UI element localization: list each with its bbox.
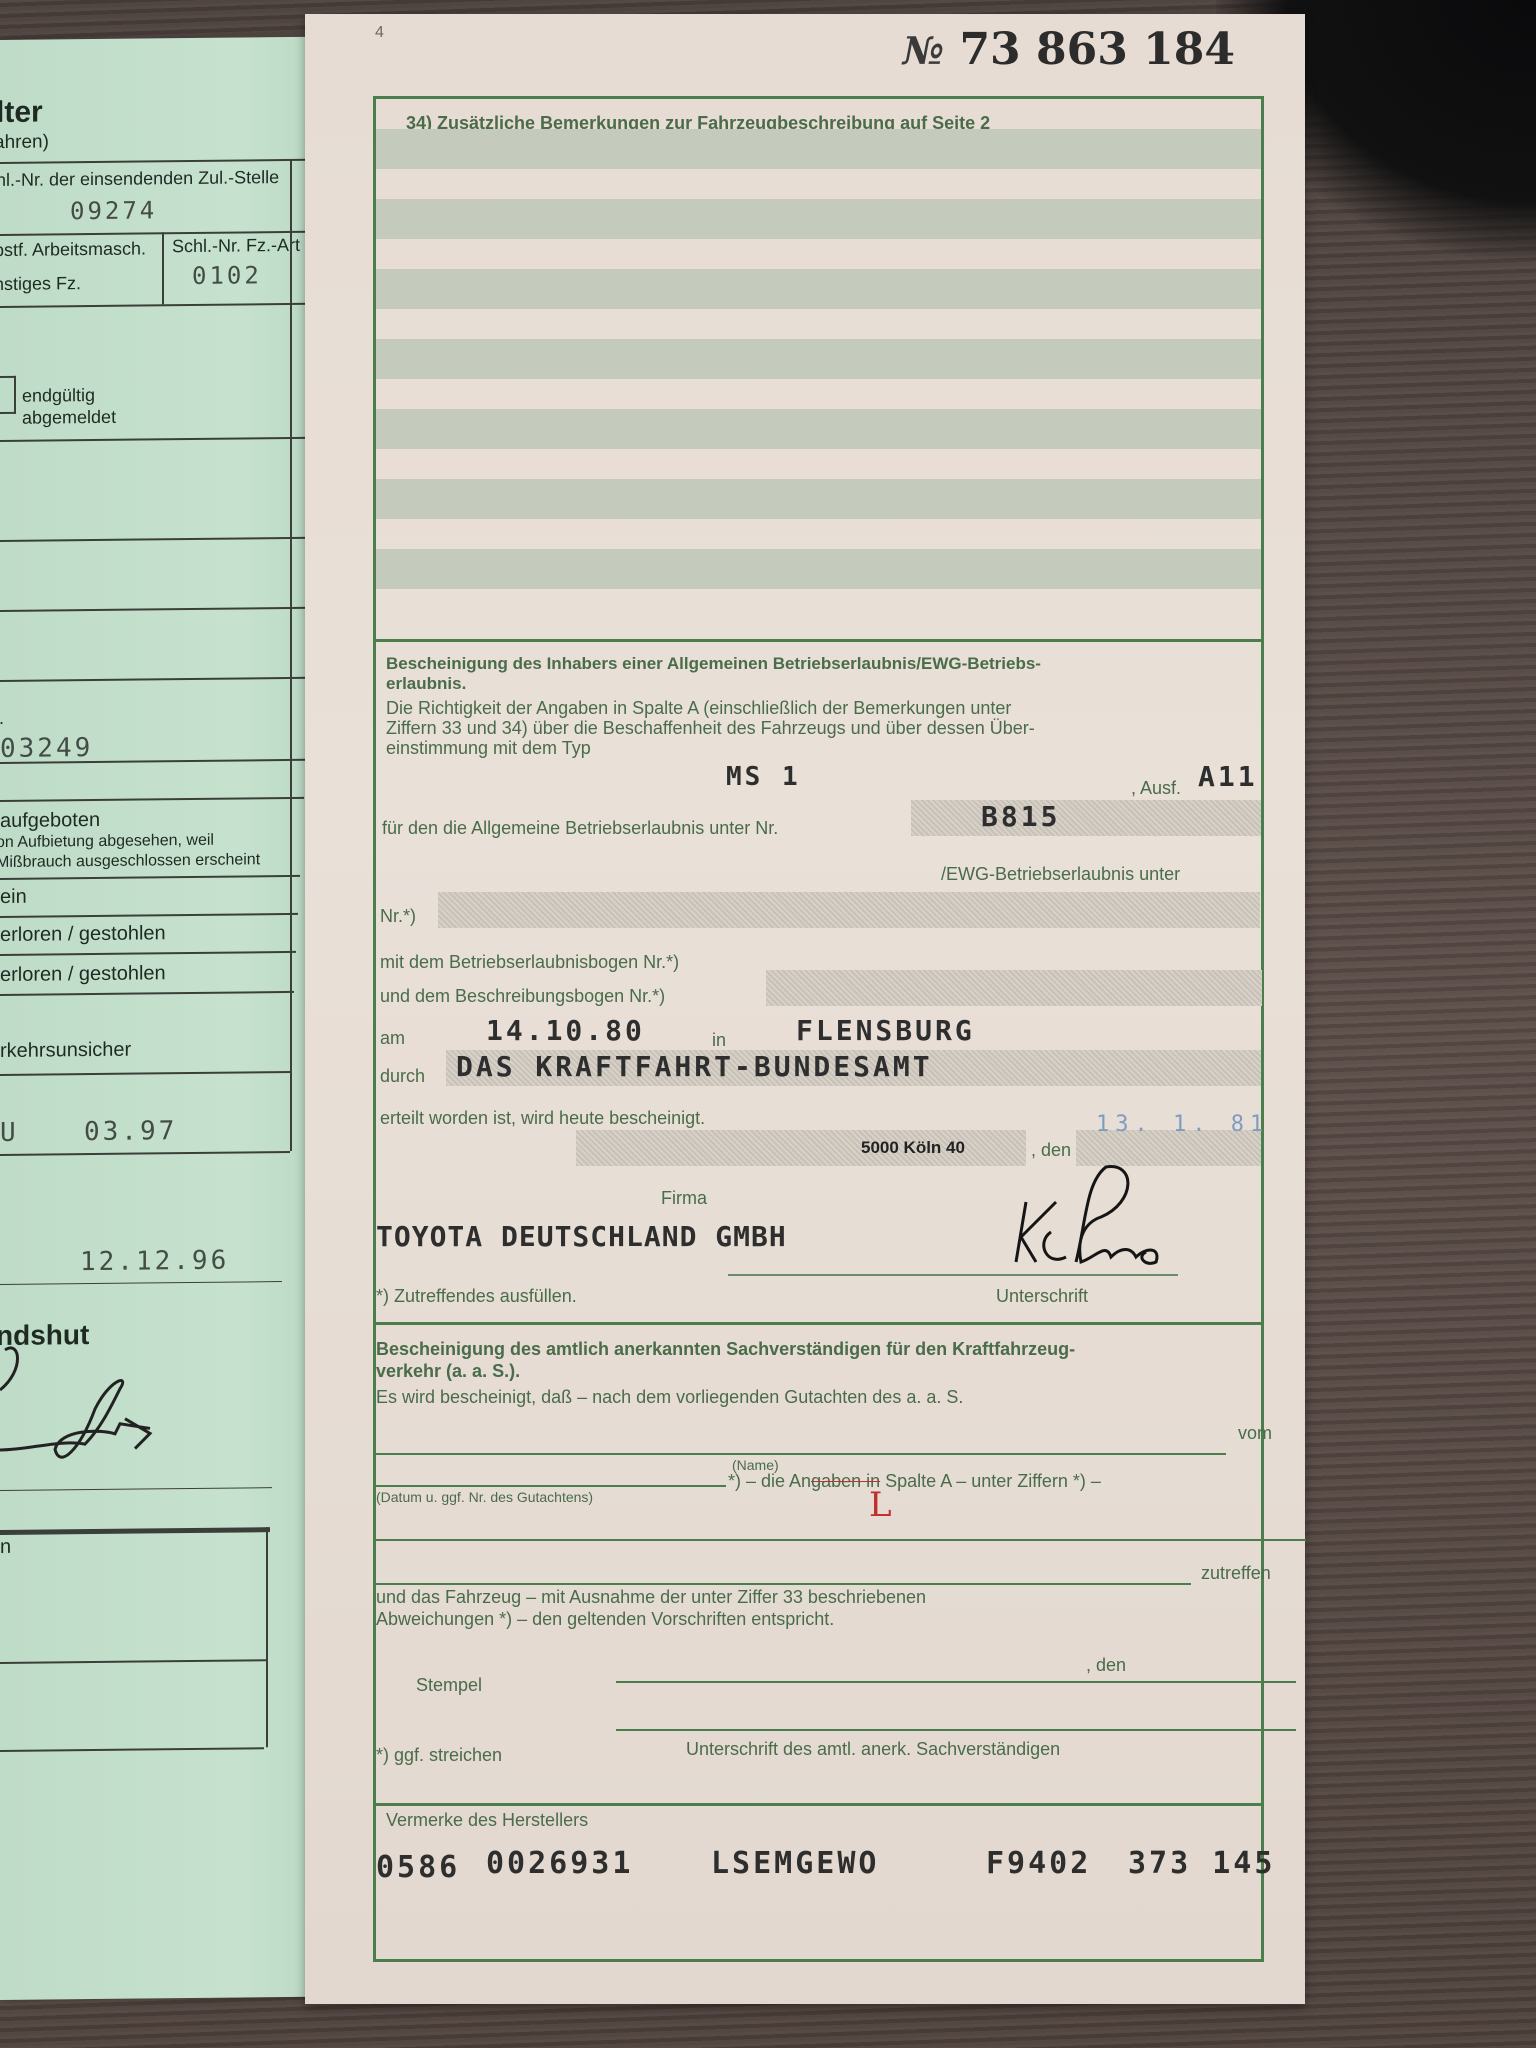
variant-value: A11	[1198, 760, 1258, 793]
vom-label: vom	[1238, 1423, 1272, 1444]
form-frame: 34) Zusätzliche Bemerkungen zur Fahrzeug…	[373, 96, 1264, 1962]
divider	[0, 1747, 264, 1752]
stempel-label: Stempel	[416, 1675, 482, 1696]
firma-label: Firma	[661, 1188, 707, 1209]
registration-office-code: 09274	[70, 196, 157, 225]
divider	[0, 1071, 292, 1076]
divider	[0, 677, 310, 682]
divider	[0, 437, 316, 442]
expert-title: Bescheinigung des amtlich anerkannten Sa…	[376, 1339, 1075, 1360]
divider	[0, 607, 312, 612]
manufacturer-notes: Vermerke des Herstellers 0586 0026931 LS…	[376, 1806, 1261, 1956]
vehicle-type-code-label: Schl.-Nr. Fz.-Art	[172, 235, 300, 257]
page-number: 4	[375, 24, 384, 42]
other-vehicle-label: nstiges Fz.	[0, 273, 81, 295]
remark-line[interactable]	[376, 199, 1261, 239]
abe-number-field[interactable]	[911, 800, 1261, 836]
expert-signature-line[interactable]	[616, 1729, 1296, 1731]
am-label: am	[380, 1028, 405, 1049]
divider	[0, 951, 296, 956]
divider	[0, 1527, 270, 1535]
remark-line[interactable]	[376, 479, 1261, 519]
abe-label: für den die Allgemeine Betriebserlaubnis…	[382, 818, 778, 839]
left-page-title: lter	[0, 96, 43, 130]
ewg-number-field[interactable]	[438, 892, 1260, 928]
approval-place: FLENSBURG	[796, 1014, 975, 1047]
abe-title-cont: erlaubnis.	[386, 674, 466, 694]
divider	[0, 991, 294, 996]
digits-line[interactable]	[376, 1583, 1191, 1585]
vehicle-type-code: 0102	[192, 261, 262, 290]
remark-line[interactable]	[376, 409, 1261, 449]
table-border	[266, 1527, 268, 1747]
inspection-prefix: U	[0, 1118, 19, 1148]
left-page-fragment: n	[0, 1536, 11, 1559]
called-up-note: Mißbrauch ausgeschlossen erscheint	[0, 851, 260, 872]
expert-body: Es wird bescheinigt, daß – nach dem vorl…	[376, 1387, 963, 1408]
name-line[interactable]	[376, 1453, 1226, 1455]
abe-number: B815	[981, 800, 1060, 833]
divider	[0, 1151, 290, 1156]
ausf-label: , Ausf.	[1131, 778, 1181, 799]
ewg-label: /EWG-Betriebserlaubnis unter	[941, 864, 1180, 885]
approval-date: 14.10.80	[486, 1014, 645, 1047]
divider	[0, 913, 298, 918]
divider	[0, 1281, 282, 1285]
expert-footnote: *) ggf. streichen	[376, 1745, 502, 1766]
manufacturer-code: 373 145	[1128, 1846, 1275, 1881]
deregistered-label: abgemeldet	[22, 407, 116, 429]
document-number-value: 73 863 184	[959, 24, 1235, 75]
report-date-line[interactable]	[376, 1485, 726, 1487]
nr-label: Nr.*)	[380, 906, 416, 927]
divider	[0, 1659, 266, 1664]
number-value: 03249	[0, 733, 93, 764]
spalte-text: *) – die Angaben in Spalte A – unter Zif…	[728, 1471, 1101, 1492]
expert-signature-label: Unterschrift des amtl. anerk. Sachverstä…	[686, 1739, 1060, 1760]
table-border	[290, 159, 292, 1151]
work-machine-label: bstf. Arbeitsmasch.	[0, 238, 146, 261]
divider	[162, 232, 164, 304]
signature-line	[728, 1274, 1178, 1276]
registration-office-label: hl.-Nr. der einsendenden Zul.-Stelle	[0, 167, 279, 191]
den-label: , den	[1031, 1140, 1071, 1161]
deregistered-label: endgültig	[22, 385, 95, 407]
type-approval-certificate: Bescheinigung des Inhabers einer Allgeme…	[376, 642, 1261, 1325]
left-page-subtitle: ahren)	[0, 131, 49, 154]
divider	[0, 875, 300, 880]
issuing-authority: DAS KRAFTFAHRT-BUNDESAMT	[456, 1050, 933, 1083]
manufacturer-code: 0026931	[486, 1846, 633, 1881]
date-place-line[interactable]	[616, 1681, 1296, 1683]
city-value: 5000 Köln 40	[861, 1138, 965, 1158]
document-number: № 73 863 184	[903, 24, 1235, 75]
issue-date: 12.12.96	[80, 1246, 229, 1278]
called-up-label: aufgeboten	[0, 809, 100, 833]
lost-stolen-label: erloren / gestohlen	[0, 962, 166, 987]
expert-certificate: Bescheinigung des amtlich anerkannten Sa…	[376, 1325, 1261, 1806]
bogen-label: mit dem Betriebserlaubnisbogen Nr.*)	[380, 952, 679, 973]
inspection-date: 03.97	[84, 1116, 177, 1147]
abe-title: Bescheinigung des Inhabers einer Allgeme…	[386, 654, 1041, 674]
signature-label: Unterschrift	[996, 1286, 1088, 1307]
remark-line[interactable]	[376, 129, 1261, 169]
left-green-page: lter ahren) hl.-Nr. der einsendenden Zul…	[0, 36, 345, 2000]
number-label: r.	[0, 708, 4, 729]
manufacturer-notes-title: Vermerke des Herstellers	[386, 1810, 588, 1831]
description-sheet-field[interactable]	[766, 970, 1262, 1006]
deregistered-checkbox[interactable]	[0, 376, 16, 414]
expert-title: verkehr (a. a. S.).	[376, 1361, 520, 1382]
digits-line[interactable]	[376, 1539, 1306, 1541]
abe-body: Die Richtigkeit der Angaben in Spalte A …	[386, 698, 1011, 719]
correction-mark-icon: L	[869, 1485, 892, 1525]
remark-line[interactable]	[376, 269, 1261, 309]
signature-icon	[0, 1338, 170, 1470]
divider	[0, 159, 330, 164]
ein-label: ein	[0, 886, 27, 909]
expert-body: und das Fahrzeug – mit Ausnahme der unte…	[376, 1587, 926, 1608]
remark-line[interactable]	[376, 549, 1261, 589]
manufacturer-code: LSEMGEWO	[711, 1846, 880, 1881]
issued-label: erteilt worden ist, wird heute bescheini…	[380, 1108, 705, 1129]
abe-body: einstimmung mit dem Typ	[386, 738, 591, 759]
signature-icon	[1006, 1162, 1186, 1272]
unsafe-label: rkehrsunsicher	[0, 1039, 131, 1063]
company-name: TOYOTA DEUTSCHLAND GMBH	[376, 1220, 787, 1253]
den-label: , den	[1086, 1655, 1126, 1676]
manufacturer-code: F9402	[986, 1846, 1091, 1881]
vehicle-type: MS 1	[726, 762, 801, 792]
remark-line[interactable]	[376, 339, 1261, 379]
zutreffen-label: zutreffen	[1201, 1563, 1271, 1584]
abe-body: Ziffern 33 und 34) über die Beschaffenhe…	[386, 718, 1035, 739]
abe-footnote: *) Zutreffendes ausfüllen.	[376, 1286, 577, 1307]
beschreibung-label: und dem Beschreibungsbogen Nr.*)	[380, 986, 665, 1007]
remarks-section: 34) Zusätzliche Bemerkungen zur Fahrzeug…	[376, 99, 1261, 642]
expert-body: Abweichungen *) – den geltenden Vorschri…	[376, 1609, 834, 1630]
divider	[0, 537, 314, 542]
lost-stolen-label: erloren / gestohlen	[0, 922, 166, 947]
stamp-date: 13. 1. 81	[1096, 1112, 1269, 1137]
called-up-note: on Aufbietung abgesehen, weil	[0, 832, 214, 852]
divider	[0, 1487, 272, 1491]
manufacturer-code: 0586	[376, 1850, 460, 1885]
number-sign: №	[903, 28, 944, 73]
divider	[0, 303, 320, 308]
certificate-page: 4 № 73 863 184 34) Zusätzliche Bemerkung…	[305, 14, 1305, 2004]
report-date-label: (Datum u. ggf. Nr. des Gutachtens)	[376, 1489, 593, 1505]
in-label: in	[712, 1030, 726, 1051]
divider	[0, 797, 304, 802]
durch-label: durch	[380, 1066, 425, 1087]
